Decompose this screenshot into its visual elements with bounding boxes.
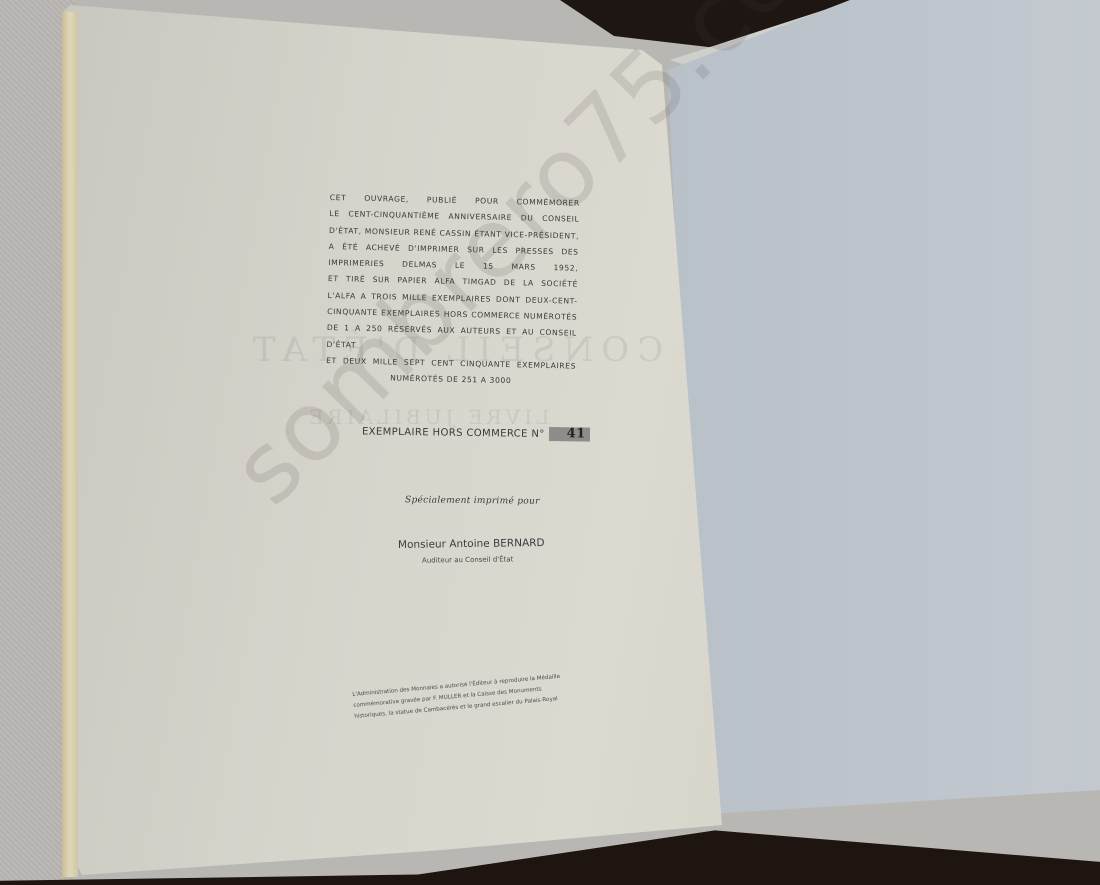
- copy-label: EXEMPLAIRE HORS COMMERCE N°: [362, 426, 545, 440]
- copy-number-stamp: 41: [549, 427, 590, 442]
- dedication-text: Spécialement imprimé pour: [405, 495, 540, 506]
- recipient-name: Monsieur Antoine BERNARD: [398, 537, 545, 551]
- recipient-title: Auditeur au Conseil d'État: [422, 555, 514, 564]
- left-page-edge: [62, 12, 78, 877]
